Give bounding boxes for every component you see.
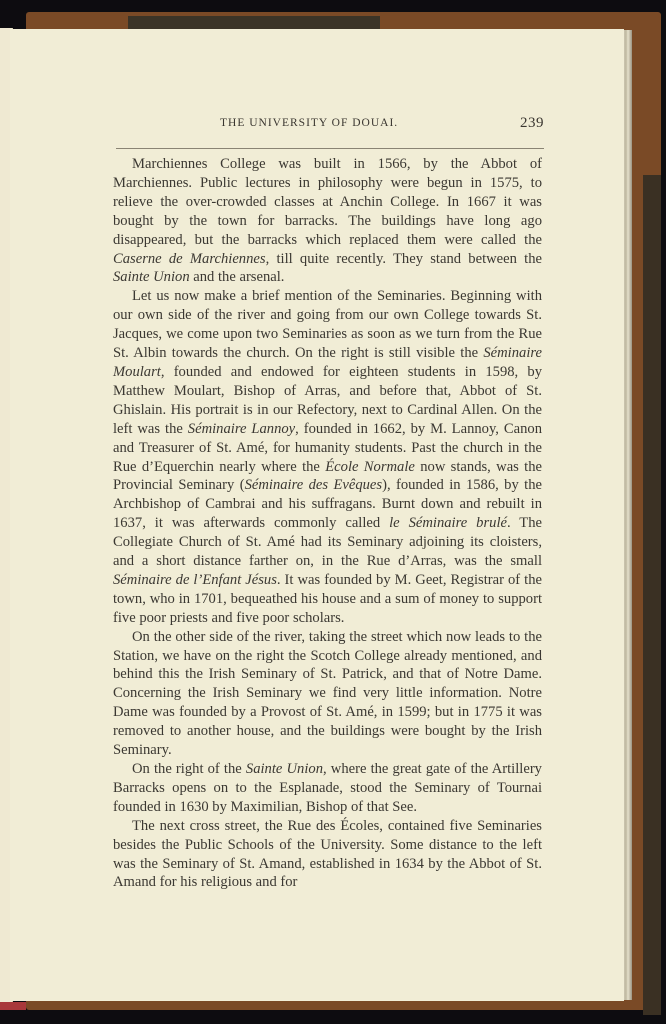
- header-rule: [116, 148, 544, 149]
- paragraph: On the right of the Sainte Union, where …: [113, 760, 542, 817]
- paragraph: Marchiennes College was built in 1566, b…: [113, 155, 542, 287]
- text-run: , till quite recently. They stand betwee…: [266, 251, 542, 267]
- paragraph: Let us now make a brief mention of the S…: [113, 287, 542, 627]
- italic-term: Séminaire Lannoy: [188, 421, 295, 437]
- page-number: 239: [520, 115, 544, 132]
- italic-term: École Normale: [325, 459, 415, 475]
- text-run: Marchiennes College was built in 1566, b…: [113, 156, 542, 248]
- running-title: THE UNIVERSITY OF DOUAI.: [220, 117, 398, 129]
- body-text: Marchiennes College was built in 1566, b…: [113, 155, 542, 892]
- italic-term: Sainte Union: [246, 761, 323, 777]
- cover-top-band: [128, 16, 380, 30]
- italic-term: Sainte Union: [113, 269, 190, 285]
- text-run: On the right of the: [132, 761, 246, 777]
- paragraph: The next cross street, the Rue des École…: [113, 817, 542, 893]
- text-run: Let us now make a brief mention of the S…: [113, 288, 542, 361]
- cover-spine-band: [643, 175, 661, 1015]
- italic-term: le Séminaire brulé: [389, 515, 507, 531]
- text-run: On the other side of the river, taking t…: [113, 629, 542, 758]
- text-run: and the arsenal.: [190, 269, 285, 285]
- italic-term: Séminaire de l’Enfant Jésus: [113, 572, 277, 588]
- italic-term: Caserne de Marchiennes: [113, 251, 266, 267]
- red-page-edge: [0, 1002, 26, 1010]
- text-run: The next cross street, the Rue des École…: [113, 818, 542, 891]
- italic-term: Séminaire des Evêques: [245, 477, 383, 493]
- paragraph: On the other side of the river, taking t…: [113, 628, 542, 760]
